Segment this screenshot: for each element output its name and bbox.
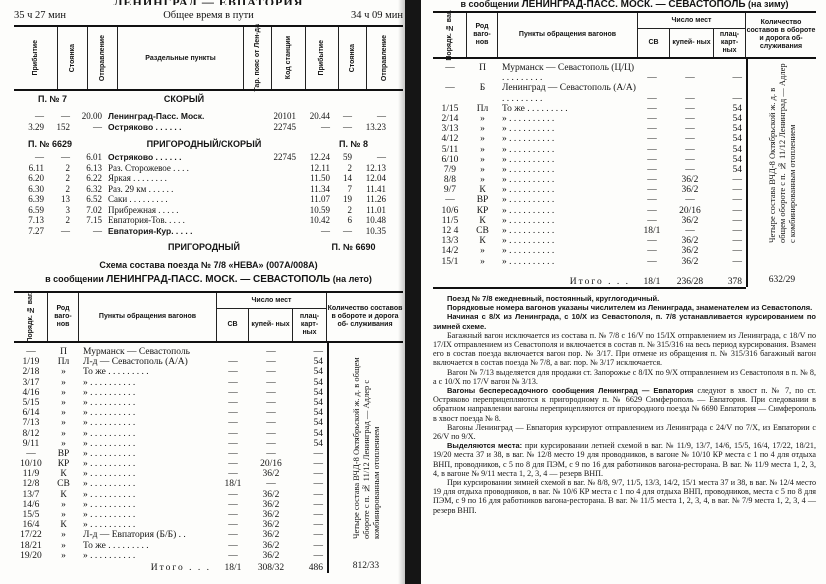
cell-k: » [467, 155, 498, 165]
cell-ku: 36/2 [249, 469, 293, 479]
right-page: в сообщении ЛЕНИНГРАД-ПАСС. МОСК. — СЕВА… [413, 0, 826, 584]
cell-n: 5/15 [14, 398, 48, 408]
cell-n: 13/3 [433, 236, 467, 246]
cell-n: 6/14 [14, 408, 48, 418]
cell-n: 7/9 [433, 165, 467, 175]
cell-ku: — [249, 418, 293, 428]
cell-n: 1/15 [433, 104, 467, 114]
cell-arr2: 11.34 [296, 184, 330, 195]
cell-pl: — [712, 185, 746, 195]
cell-n: 11/9 [14, 469, 48, 479]
cell-dep2: 13.23 [352, 122, 386, 133]
notes-section: Поезд № 7/8 ежедневный, постоянный, круг… [433, 294, 816, 515]
cell-dep2: — [352, 111, 386, 122]
cell-code [252, 215, 296, 226]
cell-stop2: — [330, 122, 352, 133]
car-row: —ВР » . . . . . . . . . .——— [433, 195, 746, 205]
car-row: 7/9» » . . . . . . . . . .——54 [433, 165, 746, 175]
cell-pl: — [293, 459, 327, 469]
cell-n: 3/13 [433, 124, 467, 134]
cell-dep: 6.52 [70, 194, 102, 205]
car-row: 4/16» » . . . . . . . . . .——54 [14, 388, 327, 398]
travel-time-right: 34 ч 09 мин [351, 10, 403, 21]
timetable-row: ——20.00Ленинград-Пасс. Моск.2010120.44—— [14, 111, 403, 122]
cell-dep: 7.02 [70, 205, 102, 216]
cell-k: » [48, 541, 79, 551]
cell-pl: 54 [293, 367, 327, 377]
cell-k: » [48, 388, 79, 398]
cell-arr: 6.30 [14, 184, 44, 195]
composition-table-summer: Порядк. № ваг. Род ваго- нов Пункты обра… [14, 291, 403, 573]
cell-ku: 36/2 [668, 216, 712, 226]
cell-sv: — [636, 134, 668, 144]
cell-ku: 36/2 [249, 500, 293, 510]
cell-n: 10/10 [14, 459, 48, 469]
cell-ku: — [249, 347, 293, 357]
cell-pl: — [712, 195, 746, 205]
car-row: 17/22»Л-д — Евпатория (Б/Б) . .—36/2— [14, 530, 327, 540]
cell-ku: — [668, 104, 712, 114]
cell-p: » . . . . . . . . . . [79, 408, 217, 418]
cell-p: » . . . . . . . . . . [498, 114, 636, 124]
cell-name: Евпатория-Тов. . . . . [102, 215, 252, 226]
timetable-row: ——6.01Остряково . . . . . .2274512.2459— [14, 152, 403, 163]
cell-p: » . . . . . . . . . . [498, 155, 636, 165]
cell-dep: 6.01 [70, 152, 102, 163]
car-row: 8/8» » . . . . . . . . . .—36/2— [433, 175, 746, 185]
cell-k: » [467, 114, 498, 124]
header-stop-return: Стоянка [339, 27, 367, 89]
cell-p: » . . . . . . . . . . [498, 226, 636, 236]
car-row: 7/13» » . . . . . . . . . .——54 [14, 418, 327, 428]
cell-n: — [14, 347, 48, 357]
cell-arr2: — [296, 226, 330, 237]
car-row: 1/19ПлЛ-д — Севастополь (А/А)——54 [14, 357, 327, 367]
note-paragraph: При курсировании зимней схемой в ваг. № … [433, 478, 816, 515]
car-row: 15/1» » . . . . . . . . . .—36/2— [433, 257, 746, 267]
cell-n: 8/8 [433, 175, 467, 185]
header-arrival-return: Прибытие [306, 27, 339, 89]
cell-k: П [48, 347, 79, 357]
cell-k: » [48, 408, 79, 418]
cell-sv: — [217, 367, 249, 377]
car-row: 13/3К » . . . . . . . . . .—36/2— [433, 236, 746, 246]
timetable-row: 6.3026.32Раз. 29 км . . . . . .11.34711.… [14, 184, 403, 195]
cell-arr: 6.59 [14, 205, 44, 216]
cell-sv: — [217, 439, 249, 449]
cell-ku: — [249, 439, 293, 449]
cell-p: » . . . . . . . . . . [79, 418, 217, 428]
cell-pl: — [712, 246, 746, 256]
cell-k: П [467, 63, 498, 73]
cell-p: » . . . . . . . . . . [79, 510, 217, 520]
cell-k: » [467, 124, 498, 134]
note-paragraph: Выделяются места: при курсировании летне… [433, 441, 816, 478]
composition-header: Порядк. № ваг. Род ваго- нов Пункты обра… [14, 293, 403, 343]
car-row: 19/20» » . . . . . . . . . .—36/2— [14, 551, 327, 561]
car-row: 13/7К » . . . . . . . . . .—36/2— [14, 490, 327, 500]
cell-pl: 54 [712, 124, 746, 134]
cell-ku: — [668, 134, 712, 144]
cell-ku: 36/2 [668, 175, 712, 185]
cell-p: » . . . . . . . . . . [79, 469, 217, 479]
winter-scheme-title: в сообщении ЛЕНИНГРАД-ПАСС. МОСК. — СЕВА… [433, 0, 816, 11]
cell-dep2: 11.01 [352, 205, 386, 216]
cell-ku: — [668, 226, 712, 236]
cell-n [433, 277, 467, 287]
cell-k: КР [48, 459, 79, 469]
cell-sv: — [217, 429, 249, 439]
cell-ku: 36/2 [668, 246, 712, 256]
cell-code [252, 184, 296, 195]
car-row: —ВР » . . . . . . . . . .——— [14, 449, 327, 459]
cell-p: » . . . . . . . . . . [79, 449, 217, 459]
cell-pl: — [712, 236, 746, 246]
cell-k: » [467, 134, 498, 144]
cell-stop: 2 [44, 184, 70, 195]
cell-sv: — [217, 530, 249, 540]
cell-n: 12 4 [433, 226, 467, 236]
cell-n: 17/22 [14, 530, 48, 540]
cell-pl: — [712, 94, 746, 104]
car-row: 14/2» » . . . . . . . . . .—36/2— [433, 246, 746, 256]
timetable-row: 6.2026.22Яркая . . . . . . . .11.501412.… [14, 173, 403, 184]
car-row: —БЛенинград — Севастополь (А/А) . . . . … [433, 83, 746, 103]
car-row: 3/17» » . . . . . . . . . .——54 [14, 378, 327, 388]
cell-sv: — [636, 195, 668, 205]
cell-p: » . . . . . . . . . . [498, 134, 636, 144]
cell-p: То же . . . . . . . . . [79, 541, 217, 551]
cell-pl: 54 [712, 134, 746, 144]
timetable-row: 6.5937.02Прибрежная . . . . .10.59211.01 [14, 205, 403, 216]
cell-pl: 54 [712, 104, 746, 114]
cell-p: » . . . . . . . . . . [498, 175, 636, 185]
cell-sv: 18/1 [217, 563, 249, 573]
cell-n: 1/19 [14, 357, 48, 367]
cell-ku: — [249, 479, 293, 489]
timetable-header: Прибытие Стоянка Отправление Раздельные … [14, 25, 403, 91]
cell-sv: — [217, 510, 249, 520]
timetable-row: 6.1126.13Раз. Сторожевое . . . .12.11212… [14, 163, 403, 174]
cell-sv: — [217, 551, 249, 561]
cell-k [48, 563, 79, 573]
cell-sv: — [636, 155, 668, 165]
header-points: Раздельные пункты [118, 27, 244, 89]
cell-k: » [467, 165, 498, 175]
cell-stop: 3 [44, 205, 70, 216]
cell-k: К [48, 469, 79, 479]
car-row: 6/14» » . . . . . . . . . .——54 [14, 408, 327, 418]
composition-header: Порядк. № ваг. Род ваго- нов Пункты обра… [433, 13, 816, 59]
cell-stop: — [44, 111, 70, 122]
cell-name: Раз. 29 км . . . . . . [102, 184, 252, 195]
cell-name: Прибрежная . . . . . [102, 205, 252, 216]
timetable-row: 6.39136.52Саки . . . . . . . . .11.07191… [14, 194, 403, 205]
cell-dep: 7.15 [70, 215, 102, 226]
cell-ku: 36/2 [249, 551, 293, 561]
cell-arr2: 10.59 [296, 205, 330, 216]
cell-k: » [48, 378, 79, 388]
cell-n: 11/5 [433, 216, 467, 226]
cell-n: 15/1 [433, 257, 467, 267]
cell-pl: 54 [293, 429, 327, 439]
cell-stop2: — [330, 111, 352, 122]
cell-pl: — [293, 500, 327, 510]
car-row: 6/10» » . . . . . . . . . .——54 [433, 155, 746, 165]
cell-ku: 20/16 [249, 459, 293, 469]
cell-code: 22745 [252, 152, 296, 163]
cell-ku: — [668, 124, 712, 134]
cell-stop2: 2 [330, 163, 352, 174]
cell-ku: — [249, 388, 293, 398]
cell-k: » [48, 530, 79, 540]
cell-k: » [467, 246, 498, 256]
cell-sv: — [217, 541, 249, 551]
cell-code [252, 205, 296, 216]
cell-dep2: 11.41 [352, 184, 386, 195]
cell-sv: 18/1 [217, 479, 249, 489]
cell-p: Мурманск — Севастополь (Ц/Ц) . . . . . .… [498, 63, 636, 83]
car-row: 12 4СВ » . . . . . . . . . .18/1—— [433, 226, 746, 236]
cell-name: Яркая . . . . . . . . [102, 173, 252, 184]
cell-k: » [48, 398, 79, 408]
total-row: Итого . . .18/1308/32486 [14, 563, 327, 573]
cell-sv: — [217, 388, 249, 398]
cell-pl: — [293, 520, 327, 530]
note-paragraph: Вагоны беспересадочного сообщения Ленинг… [433, 386, 816, 423]
cell-k: К [467, 236, 498, 246]
cell-arr: 6.39 [14, 194, 44, 205]
cell-dep: — [70, 226, 102, 237]
cell-stop2: — [330, 226, 352, 237]
cell-pl: — [293, 490, 327, 500]
cell-k: » [48, 510, 79, 520]
section-title-express: П. № 7 СКОРЫЙ [14, 91, 403, 107]
travel-time-left: 35 ч 27 мин [14, 10, 66, 21]
cell-k: К [467, 185, 498, 195]
cell-pl: 54 [712, 114, 746, 124]
cell-ku: — [249, 357, 293, 367]
cell-arr2: — [296, 122, 330, 133]
cell-arr: — [14, 111, 44, 122]
cell-name: Остряково . . . . . . [102, 152, 252, 163]
car-row: 9/7К » . . . . . . . . . .—36/2— [433, 185, 746, 195]
cell-pl: 54 [712, 145, 746, 155]
rotation-total: 632/29 [748, 275, 816, 285]
cell-p: То же . . . . . . . . . [498, 104, 636, 114]
car-row: 5/11» » . . . . . . . . . .——54 [433, 145, 746, 155]
cell-pl: 54 [293, 398, 327, 408]
cell-arr: — [14, 152, 44, 163]
travel-time-row: 35 ч 27 мин Общее время в пути 34 ч 09 м… [14, 5, 403, 25]
timetable-row: 7.27——Евпатория-Кур. . . . .——10.35 [14, 226, 403, 237]
cell-stop2: 2 [330, 205, 352, 216]
cell-n: 18/21 [14, 541, 48, 551]
cell-pl: — [293, 510, 327, 520]
cell-sv: — [636, 216, 668, 226]
cell-sv: — [217, 469, 249, 479]
cell-sv: — [217, 459, 249, 469]
section-title-suburban: ПРИГОРОДНЫЙ П. № 6690 [14, 239, 403, 255]
cell-p: » . . . . . . . . . . [79, 459, 217, 469]
cell-k: Пл [467, 104, 498, 114]
cell-k: Б [467, 83, 498, 93]
cell-n: 14/2 [433, 246, 467, 256]
note-paragraph: Начиная с 8/X из Ленинграда, с 10/X из С… [433, 312, 816, 330]
cell-p: » . . . . . . . . . . [79, 490, 217, 500]
cell-sv: — [217, 418, 249, 428]
cell-ku: — [668, 94, 712, 104]
cell-p: » . . . . . . . . . . [79, 520, 217, 530]
cell-name: Раз. Сторожевое . . . . [102, 163, 252, 174]
cell-pl: — [293, 479, 327, 489]
cell-n: 2/18 [14, 367, 48, 377]
car-row: —ПМурманск — Севастополь (Ц/Ц) . . . . .… [433, 63, 746, 83]
cell-ku: — [249, 378, 293, 388]
cell-sv [217, 347, 249, 357]
cell-sv: — [636, 185, 668, 195]
cell-pl: — [712, 73, 746, 83]
cell-p: Л-д — Евпатория (Б/Б) . . [79, 530, 217, 540]
cell-p: » . . . . . . . . . . [498, 246, 636, 256]
cell-code [252, 226, 296, 237]
cell-ku: 36/2 [668, 236, 712, 246]
cell-stop: 2 [44, 173, 70, 184]
cell-ku: 36/2 [249, 510, 293, 520]
cell-pl: — [293, 347, 327, 357]
car-row: —ПМурманск — Севастополь—— [14, 347, 327, 357]
header-tariff-zone: Тар. пояс от Лен-да [244, 27, 272, 89]
cell-code: 22745 [252, 122, 296, 133]
car-row: 14/6» » . . . . . . . . . .—36/2— [14, 500, 327, 510]
rotation-note: Четыре состава ВЧД-8 Октябрьской ж. д. в… [746, 59, 816, 287]
cell-sv: — [217, 408, 249, 418]
cell-ku: — [249, 408, 293, 418]
cell-n: 15/5 [14, 510, 48, 520]
car-row: 8/12» » . . . . . . . . . .——54 [14, 429, 327, 439]
cell-n: 4/12 [433, 134, 467, 144]
cell-n: 14/6 [14, 500, 48, 510]
cell-ku: 36/2 [249, 530, 293, 540]
cell-pl: — [712, 216, 746, 226]
timetable-row: 7.1327.15Евпатория-Тов. . . . .10.42610.… [14, 215, 403, 226]
note-paragraph: Вагоны Ленинград — Евпатория курсируют о… [433, 423, 816, 441]
cell-ku: 308/32 [249, 563, 293, 573]
cell-stop2: 7 [330, 184, 352, 195]
cell-sv: — [217, 490, 249, 500]
car-row: 5/15» » . . . . . . . . . .——54 [14, 398, 327, 408]
note-paragraph: Багажный вагон исключается из состава п.… [433, 331, 816, 368]
cell-sv: — [636, 94, 668, 104]
cell-p: » . . . . . . . . . . [79, 479, 217, 489]
cell-arr2: 11.50 [296, 173, 330, 184]
cell-n: — [433, 195, 467, 205]
cell-dep: 6.13 [70, 163, 102, 174]
cell-n: 8/12 [14, 429, 48, 439]
cell-p: » . . . . . . . . . . [498, 145, 636, 155]
cell-n: 6/10 [433, 155, 467, 165]
cell-n: 9/11 [14, 439, 48, 449]
cell-p: » . . . . . . . . . . [79, 378, 217, 388]
cell-sv: — [217, 357, 249, 367]
cell-stop: 2 [44, 215, 70, 226]
cell-arr: 7.13 [14, 215, 44, 226]
cell-n: — [433, 63, 467, 73]
header-stop: Стоянка [58, 27, 88, 89]
cell-k: » [48, 429, 79, 439]
cell-ku: — [668, 155, 712, 165]
cell-stop2: 6 [330, 215, 352, 226]
cell-sv: — [636, 206, 668, 216]
total-row: Итого . . .18/1236/28378 [433, 277, 746, 287]
car-row: 11/5К » . . . . . . . . . .—36/2— [433, 216, 746, 226]
cell-name: Евпатория-Кур. . . . . [102, 226, 252, 237]
cell-pl: — [293, 541, 327, 551]
cell-k: » [467, 257, 498, 267]
cell-stop: 13 [44, 194, 70, 205]
cell-n: — [433, 83, 467, 93]
cell-p: Итого . . . [498, 277, 636, 287]
cell-ku: — [668, 114, 712, 124]
cell-k: » [48, 439, 79, 449]
cell-ku: 36/2 [668, 257, 712, 267]
cell-n: 2/14 [433, 114, 467, 124]
cell-pl: 54 [293, 408, 327, 418]
cell-dep: 20.00 [70, 111, 102, 122]
cell-dep: 6.22 [70, 173, 102, 184]
cell-arr2: 12.24 [296, 152, 330, 163]
scheme-title: Схема состава поезда № 7/8 «НЕВА» (007А/… [14, 258, 403, 287]
cell-k [467, 277, 498, 287]
cell-stop2: 14 [330, 173, 352, 184]
cell-name: Ленинград-Пасс. Моск. [102, 111, 252, 122]
cell-k: К [467, 216, 498, 226]
cell-pl: 54 [712, 155, 746, 165]
cell-sv: — [217, 378, 249, 388]
car-row: 18/21»То же . . . . . . . . .—36/2— [14, 541, 327, 551]
car-row: 16/4К » . . . . . . . . . .—36/2— [14, 520, 327, 530]
car-row: 12/8СВ » . . . . . . . . . .18/1—— [14, 479, 327, 489]
cell-arr: 6.20 [14, 173, 44, 184]
cell-p: Л-д — Севастополь (А/А) [79, 357, 217, 367]
cell-sv: — [636, 124, 668, 134]
note-paragraph: Вагон № 7/13 выделяется для продажи ст. … [433, 368, 816, 386]
car-row: 3/13» » . . . . . . . . . .——54 [433, 124, 746, 134]
cell-p: То же . . . . . . . . . [79, 367, 217, 377]
cell-arr: 7.27 [14, 226, 44, 237]
car-row: 4/12» » . . . . . . . . . .——54 [433, 134, 746, 144]
cell-n: 12/8 [14, 479, 48, 489]
cell-pl: — [293, 469, 327, 479]
book-spine [405, 0, 421, 584]
cell-sv: 18/1 [636, 277, 668, 287]
cell-n: 19/20 [14, 551, 48, 561]
car-row: 1/15ПлТо же . . . . . . . . .——54 [433, 104, 746, 114]
cell-k: СВ [467, 226, 498, 236]
cell-dep2: — [352, 152, 386, 163]
cell-k: К [48, 490, 79, 500]
cell-ku: — [668, 145, 712, 155]
cell-p: » . . . . . . . . . . [79, 439, 217, 449]
cell-k: » [467, 175, 498, 185]
cell-p: » . . . . . . . . . . [79, 500, 217, 510]
cell-n: 10/6 [433, 206, 467, 216]
cell-ku: 36/2 [249, 520, 293, 530]
cell-ku: — [668, 195, 712, 205]
cell-p: » . . . . . . . . . . [79, 398, 217, 408]
cell-sv: — [636, 114, 668, 124]
cell-k: » [48, 418, 79, 428]
